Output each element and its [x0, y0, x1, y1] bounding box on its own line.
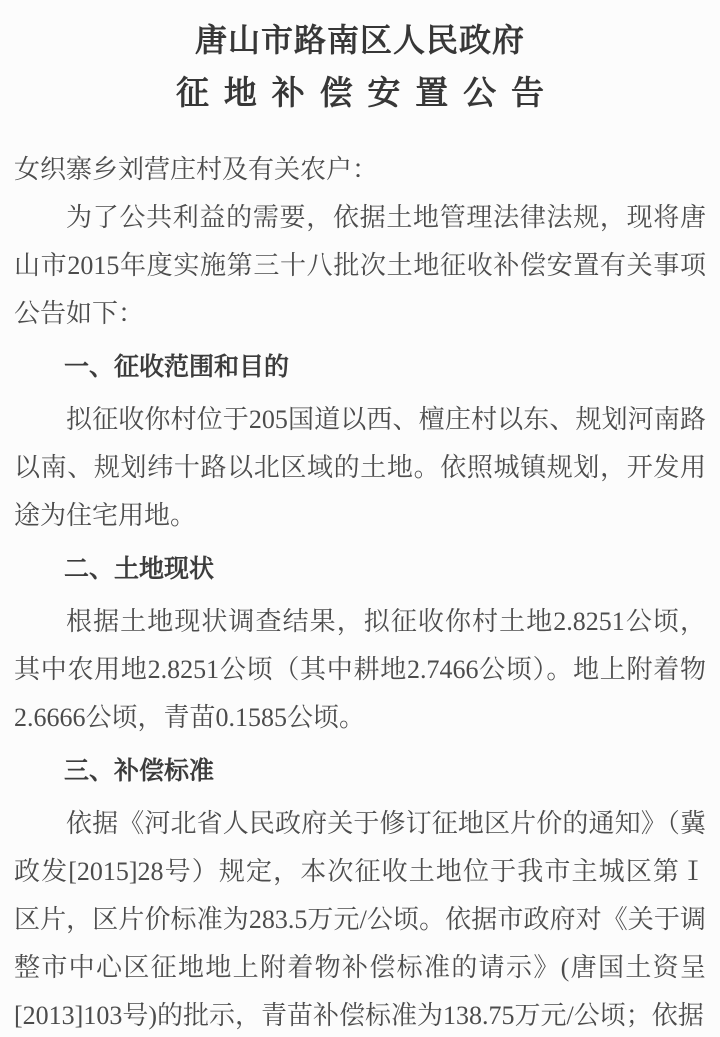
section-3-heading: 三、补偿标准: [14, 747, 706, 795]
section-2-body: 根据土地现状调查结果，拟征收你村土地2.8251公顷，其中农用地2.8251公顷…: [14, 598, 706, 742]
section-3-body: 依据《河北省人民政府关于修订征地区片价的通知》（冀政发[2015]28号）规定，…: [14, 800, 706, 1037]
intro-paragraph: 为了公共利益的需要，依据土地管理法律法规，现将唐山市2015年度实施第三十八批次…: [14, 194, 706, 338]
salutation-line: 女织寨乡刘营庄村及有关农户：: [14, 146, 706, 194]
section-2-heading: 二、土地现状: [14, 545, 706, 593]
document-title-announcement: 征地补偿安置公告: [14, 70, 706, 116]
section-1-body: 拟征收你村位于205国道以西、檀庄村以东、规划河南路以南、规划纬十路以北区域的土…: [14, 396, 706, 540]
document-title-authority: 唐山市路南区人民政府: [14, 18, 706, 62]
document-page: 唐山市路南区人民政府 征地补偿安置公告 女织寨乡刘营庄村及有关农户： 为了公共利…: [0, 0, 720, 1037]
section-1-heading: 一、征收范围和目的: [14, 343, 706, 391]
